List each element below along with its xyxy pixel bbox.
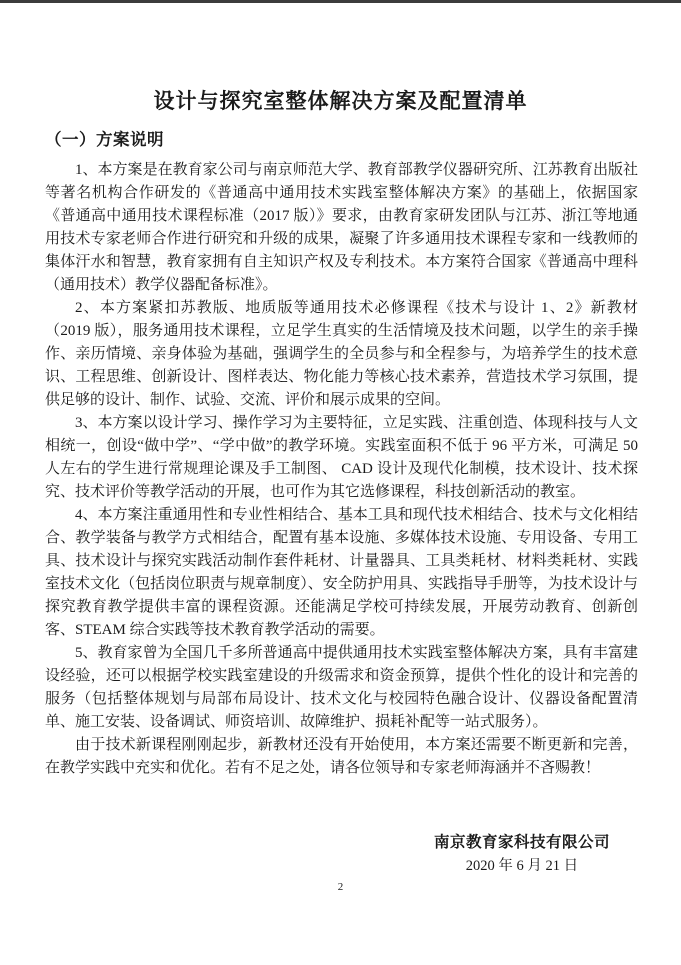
signature-block: 南京教育家科技有限公司 2020 年 6 月 21 日 <box>434 830 610 877</box>
document-title: 设计与探究室整体解决方案及配置清单 <box>0 85 681 115</box>
paragraph: 2、本方案紧扣苏教版、地质版等通用技术必修课程《技术与设计 1、2》新教材（20… <box>45 297 638 412</box>
paragraph: 1、本方案是在教育家公司与南京师范大学、教育部教学仪器研究所、江苏教育出版社等著… <box>45 159 638 297</box>
paragraph: 3、本方案以设计学习、操作学习为主要特征，立足实践、注重创造、体现科技与人文相统… <box>45 412 638 504</box>
paragraph: 由于技术新课程刚刚起步，新教材还没有开始使用，本方案还需要不断更新和完善，在教学… <box>45 734 638 780</box>
signature-company: 南京教育家科技有限公司 <box>434 830 610 855</box>
paragraph: 4、本方案注重通用性和专业性相结合、基本工具和现代技术相结合、技术与文化相结合、… <box>45 504 638 642</box>
signature-date: 2020 年 6 月 21 日 <box>434 855 610 877</box>
paragraph: 5、教育家曾为全国几千多所普通高中提供通用技术实践室整体解决方案，具有丰富建设经… <box>45 642 638 734</box>
page-number: 2 <box>0 881 681 893</box>
window-top-edge <box>0 0 681 3</box>
section-heading: （一）方案说明 <box>45 126 164 150</box>
paragraphs-container: 1、本方案是在教育家公司与南京师范大学、教育部教学仪器研究所、江苏教育出版社等著… <box>45 159 638 780</box>
